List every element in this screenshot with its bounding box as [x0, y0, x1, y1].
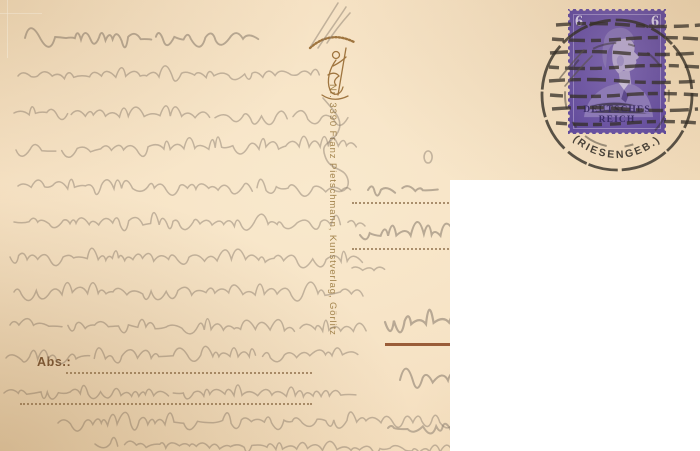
cancellation-bar	[556, 24, 700, 27]
postmark-district-textpath: (RIESENGEB.)	[571, 133, 664, 161]
cancellation-bar	[550, 52, 698, 55]
cancellation-bar	[552, 108, 698, 111]
handwriting-stroke	[560, 50, 584, 78]
postmark-district-text: (RIESENGEB.)	[571, 133, 664, 161]
postcard-back: Nr. 3390 Franz Pietschmann, Kunstverlag,…	[0, 0, 700, 451]
cancellation-bar	[549, 80, 699, 83]
cancellation-bar	[550, 94, 698, 97]
cancellation-bars	[549, 24, 700, 125]
address-privacy-patch	[450, 180, 700, 451]
cancellation-bar	[552, 38, 698, 41]
cancellation-bar	[549, 66, 699, 69]
cancellation-bar	[556, 122, 698, 125]
